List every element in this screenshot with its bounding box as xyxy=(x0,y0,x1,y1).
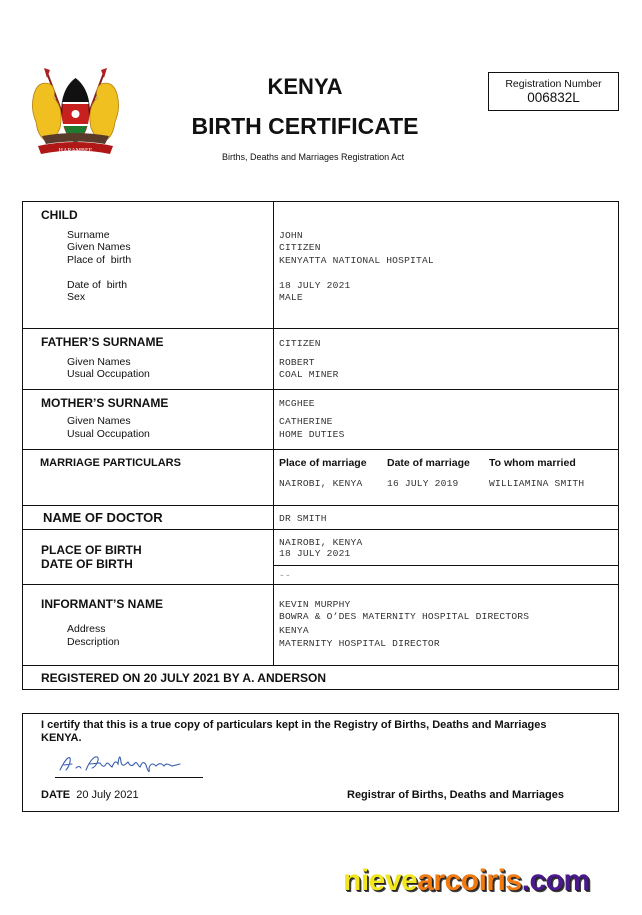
document-title: BIRTH CERTIFICATE xyxy=(160,113,450,140)
child-surname-value: JOHN xyxy=(279,230,303,241)
date-of-birth-value: 18 JULY 2021 xyxy=(279,548,351,559)
place-of-birth-heading: PLACE OF BIRTH xyxy=(41,543,142,557)
column-divider xyxy=(273,201,274,665)
certification-statement: I certify that this is a true copy of pa… xyxy=(41,719,547,731)
signature-line xyxy=(55,777,203,778)
signature-icon xyxy=(56,752,196,776)
mother-given-names-label: Given Names xyxy=(67,415,131,427)
informant-address-label: Address xyxy=(67,623,106,635)
child-heading: CHILD xyxy=(41,208,78,222)
place-of-marriage-value: NAIROBI, KENYA xyxy=(279,478,362,489)
mother-surname-value: MCGHEE xyxy=(279,398,315,409)
mother-given-names-value: CATHERINE xyxy=(279,416,333,427)
informant-name-value: KEVIN MURPHY xyxy=(279,599,351,610)
row-divider xyxy=(22,584,619,585)
child-place-of-birth-value: KENYATTA NATIONAL HOSPITAL xyxy=(279,255,434,266)
row-divider xyxy=(22,665,619,666)
watermark: nievearcoiris.com xyxy=(343,864,590,898)
watermark-part-2: arcoiris xyxy=(417,864,521,897)
row-divider xyxy=(22,328,619,329)
informant-line-2: KENYA xyxy=(279,625,309,636)
to-whom-married-value: WILLIAMINA SMITH xyxy=(489,478,584,489)
act-subtitle: Births, Deaths and Marriages Registratio… xyxy=(222,152,404,162)
birth-extra-value: -- xyxy=(279,570,291,581)
row-divider xyxy=(22,505,619,506)
informant-line-3: MATERNITY HOSPITAL DIRECTOR xyxy=(279,638,440,649)
date-value: 20 July 2021 xyxy=(76,789,138,801)
svg-text:HARAMBEE: HARAMBEE xyxy=(59,148,93,154)
father-given-names-value: ROBERT xyxy=(279,357,315,368)
date-label: DATE xyxy=(41,789,70,801)
child-date-of-birth-value: 18 JULY 2021 xyxy=(279,280,351,291)
informant-line-1: BOWRA & O’DES MATERNITY HOSPITAL DIRECTO… xyxy=(279,611,529,622)
informant-description-label: Description xyxy=(67,636,120,648)
mother-surname-heading: MOTHER’S SURNAME xyxy=(41,396,168,410)
date-of-birth-heading: DATE OF BIRTH xyxy=(41,557,133,571)
date-of-marriage-label: Date of marriage xyxy=(387,457,470,469)
watermark-part-1: nieve xyxy=(343,864,417,897)
registration-number-box: Registration Number 006832L xyxy=(488,72,619,111)
date-of-marriage-value: 16 JULY 2019 xyxy=(387,478,459,489)
coat-of-arms: HARAMBEE xyxy=(28,66,123,158)
mother-occupation-label: Usual Occupation xyxy=(67,428,150,440)
mother-occupation-value: HOME DUTIES xyxy=(279,429,345,440)
father-occupation-value: COAL MINER xyxy=(279,369,339,380)
registrar-signature xyxy=(56,752,196,776)
row-divider xyxy=(273,565,619,566)
child-given-names-label: Given Names xyxy=(67,241,131,253)
father-surname-heading: FATHER’S SURNAME xyxy=(41,335,163,349)
father-given-names-label: Given Names xyxy=(67,356,131,368)
to-whom-married-label: To whom married xyxy=(489,457,576,469)
kenya-coat-of-arms-icon: HARAMBEE xyxy=(28,66,123,158)
child-date-of-birth-label: Date of birth xyxy=(67,279,127,291)
row-divider xyxy=(22,389,619,390)
doctor-value: DR SMITH xyxy=(279,513,327,524)
child-sex-label: Sex xyxy=(67,291,85,303)
father-surname-value: CITIZEN xyxy=(279,338,321,349)
father-occupation-label: Usual Occupation xyxy=(67,368,150,380)
place-of-marriage-label: Place of marriage xyxy=(279,457,367,469)
watermark-part-3: .com xyxy=(522,864,590,897)
child-given-names-value: CITIZEN xyxy=(279,242,321,253)
child-surname-label: Surname xyxy=(67,229,110,241)
child-sex-value: MALE xyxy=(279,292,303,303)
registration-number-value: 006832L xyxy=(489,90,618,105)
registration-number-label: Registration Number xyxy=(489,78,618,90)
row-divider xyxy=(22,529,619,530)
country-title: KENYA xyxy=(180,74,430,100)
informant-heading: INFORMANT’S NAME xyxy=(41,597,163,611)
marriage-particulars-heading: MARRIAGE PARTICULARS xyxy=(40,457,181,469)
certification-date: DATE 20 July 2021 xyxy=(41,789,139,801)
doctor-heading: NAME OF DOCTOR xyxy=(43,510,163,525)
child-place-of-birth-label: Place of birth xyxy=(67,254,131,266)
row-divider xyxy=(22,449,619,450)
registrar-title: Registrar of Births, Deaths and Marriage… xyxy=(347,789,564,801)
registered-statement: REGISTERED ON 20 JULY 2021 BY A. ANDERSO… xyxy=(41,671,326,685)
certification-statement-country: KENYA. xyxy=(41,732,82,744)
place-of-birth-value: NAIROBI, KENYA xyxy=(279,537,362,548)
